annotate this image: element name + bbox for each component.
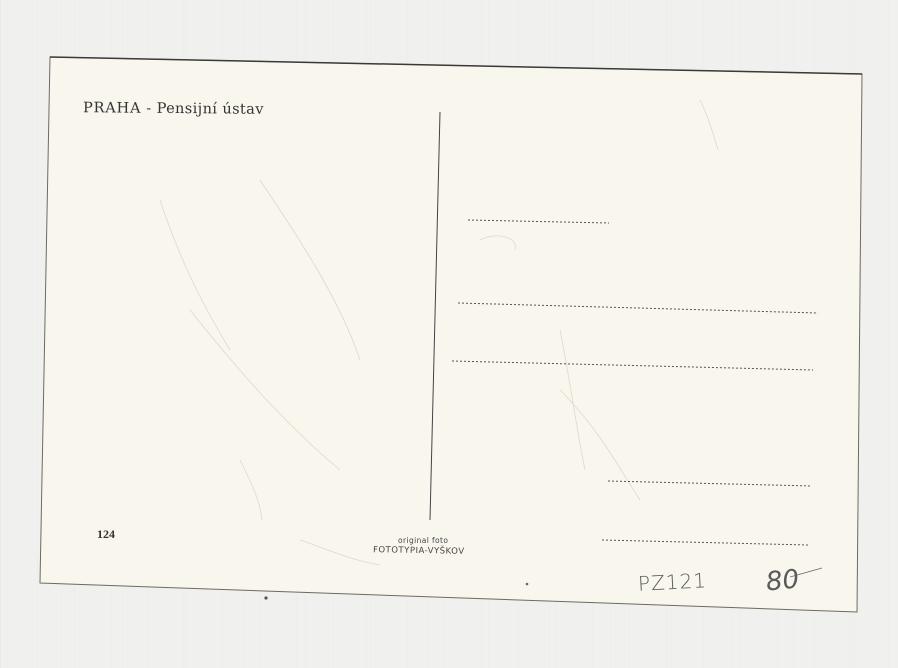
title-separator: - (146, 101, 151, 117)
title-city: PRAHA (83, 100, 141, 117)
title-subtitle: Pensijní ústav (157, 101, 264, 118)
publisher-credit-line1: original foto (398, 536, 448, 545)
postcard-title: PRAHA - Pensijní ústav (83, 100, 264, 118)
card-number: 124 (97, 527, 115, 542)
handwritten-price: 80 (765, 564, 801, 597)
postcard-body (40, 57, 862, 612)
speck (526, 583, 529, 586)
publisher-credit-line2: FOTOTYPIA-VYŠKOV (373, 545, 465, 557)
handwritten-catalog-code: PZ121 (637, 568, 707, 596)
speck (264, 596, 267, 599)
